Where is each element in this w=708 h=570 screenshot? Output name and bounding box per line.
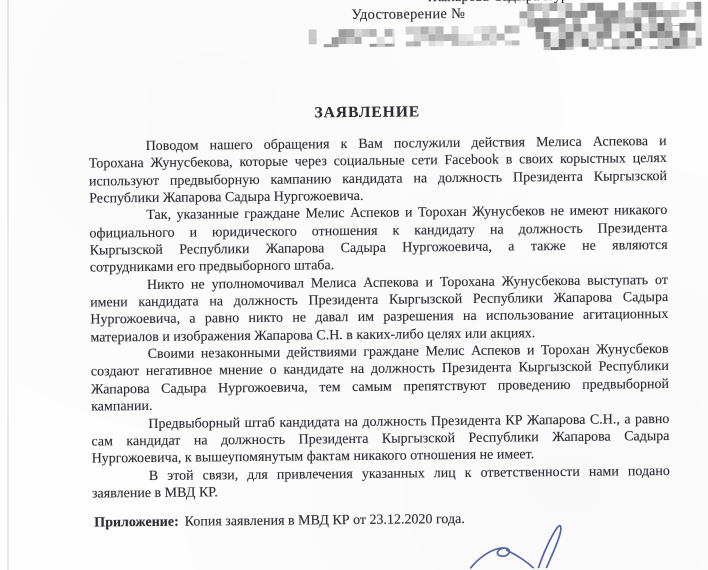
- body-paragraph: Своими незаконными действиями граждане М…: [91, 341, 670, 416]
- certificate-number-label: Удостоверение №: [351, 6, 465, 24]
- document-title: ЗАЯВЛЕНИЕ: [78, 101, 656, 125]
- attachment-text: Копия заявления в МВД КР от 23.12.2020 г…: [185, 512, 465, 530]
- attachment-label: Приложение:: [94, 515, 179, 531]
- body-paragraph: Так, указанные граждане Мелис Аспеков и …: [89, 202, 668, 277]
- redaction-mosaic: [536, 23, 702, 51]
- document-page: Жапарова Садыра Нур Удостоверение № ЗАЯВ…: [0, 0, 708, 570]
- signature: [457, 513, 578, 569]
- body-paragraph: В этой связи, для привлечения указанных …: [92, 463, 670, 503]
- redaction-mosaic: [406, 25, 520, 46]
- redaction-mosaic: [309, 29, 395, 48]
- attachment-line: Приложение:Копия заявления в МВД КР от 2…: [94, 512, 465, 532]
- document-body: Поводом нашего обращения к Вам послужили…: [89, 133, 670, 503]
- body-paragraph: Никто не уполномочивал Мелиса Аспекова и…: [90, 272, 669, 347]
- scanned-document: Жапарова Садыра Нур Удостоверение № ЗАЯВ…: [0, 0, 708, 570]
- body-paragraph: Предвыборный штаб кандидата на должность…: [91, 410, 669, 468]
- body-paragraph: Поводом нашего обращения к Вам послужили…: [89, 133, 668, 208]
